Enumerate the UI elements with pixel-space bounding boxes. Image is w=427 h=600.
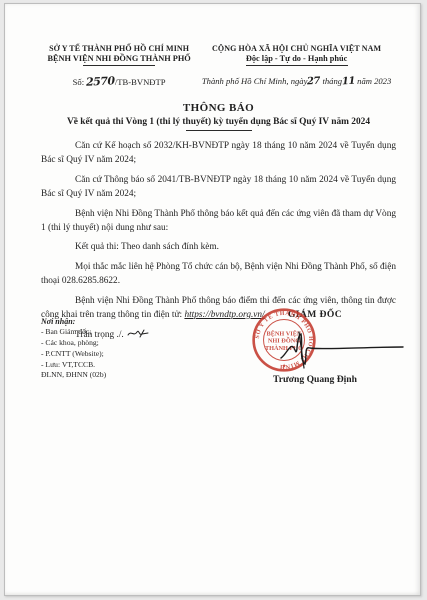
paragraph-basis-1: Căn cứ Kế hoạch số 2032/KH-BVNĐTP ngày 1… <box>41 139 396 168</box>
date-month-handwritten: 11 <box>342 76 355 88</box>
recipient-item: - Các khoa, phòng; <box>41 338 106 349</box>
national-header-block: CỘNG HÒA XÃ HỘI CHỦ NGHĨA VIỆT NAM Độc l… <box>197 44 396 88</box>
date-month-label: tháng <box>322 76 342 86</box>
recipients-block: Nơi nhận: - Ban Giám đốc; - Các khoa, ph… <box>41 316 106 381</box>
issuing-org-block: SỞ Y TẾ THÀNH PHỐ HỒ CHÍ MINH BỆNH VIỆN … <box>41 44 197 88</box>
doc-number-suffix: /TB-BVNĐTP <box>115 77 166 87</box>
document-page: SỞ Y TẾ THÀNH PHỐ HỒ CHÍ MINH BỆNH VIỆN … <box>4 3 421 596</box>
recipient-item: ĐLNN, ĐHNN (02b) <box>41 370 106 381</box>
doc-number-label: Số: <box>73 77 84 87</box>
title-underline <box>186 130 252 131</box>
paragraph-basis-2: Căn cứ Thông báo số 2041/TB-BVNĐTP ngày … <box>41 173 396 202</box>
recipient-item: - Lưu: VT,TCCB. <box>41 360 106 371</box>
paragraph-contact: Mọi thắc mắc liên hệ Phòng Tổ chức cán b… <box>41 260 396 289</box>
recipient-item: - P.CNTT (Website); <box>41 349 106 360</box>
signature-block: GIÁM ĐỐC SỞ Y TẾ THÀNH PHỐ HỒ CHÍ MINH B… <box>215 300 415 410</box>
date-day-handwritten: 27 <box>307 76 320 88</box>
recipients-label: Nơi nhận: <box>41 316 106 327</box>
signature-scribble-icon <box>277 330 407 370</box>
scanned-document: { "header": { "left": { "line1": "SỞ Y T… <box>0 0 427 600</box>
paraph-scribble-icon <box>126 327 150 339</box>
org-underline <box>83 65 155 66</box>
national-title: CỘNG HÒA XÃ HỘI CHỦ NGHĨA VIỆT NAM <box>197 44 396 53</box>
paragraph-result: Kết quả thi: Theo danh sách đính kèm. <box>41 240 396 254</box>
doc-number-handwritten: 2570 <box>86 74 115 88</box>
parent-org-name: SỞ Y TẾ THÀNH PHỐ HỒ CHÍ MINH <box>41 44 197 53</box>
recipient-item: - Ban Giám đốc; <box>41 327 106 338</box>
doc-number-line: Số: 2570/TB-BVNĐTP <box>41 75 197 88</box>
signer-name: Trương Quang Định <box>215 374 415 385</box>
date-line: Thành phố Hồ Chí Minh, ngày27 tháng11 nă… <box>197 76 396 87</box>
date-place: Thành phố Hồ Chí Minh, ngày <box>202 76 308 86</box>
document-header: SỞ Y TẾ THÀNH PHỐ HỒ CHÍ MINH BỆNH VIỆN … <box>41 44 396 88</box>
org-name: BỆNH VIỆN NHI ĐỒNG THÀNH PHỐ <box>41 54 197 63</box>
document-subtitle: Về kết quả thi Vòng 1 (thi lý thuyết) kỳ… <box>41 117 396 127</box>
paragraph-announcement: Bệnh viện Nhi Đồng Thành Phố thông báo k… <box>41 207 396 236</box>
document-title: THÔNG BÁO <box>41 102 396 114</box>
motto-underline <box>246 65 348 66</box>
national-motto: Độc lập - Tự do - Hạnh phúc <box>197 54 396 63</box>
date-year: năm 2023 <box>357 76 391 86</box>
